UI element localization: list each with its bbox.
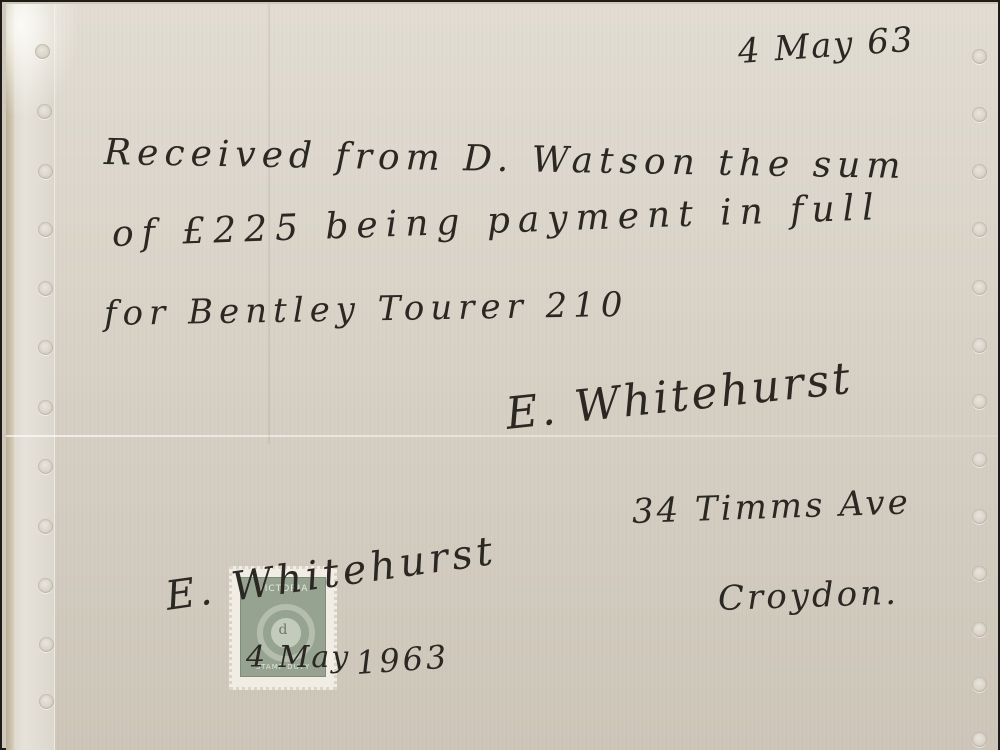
- feed-hole-icon: [972, 677, 987, 692]
- feed-hole-icon: [38, 222, 53, 237]
- stamp-cancel-date-2: 1963: [355, 638, 451, 682]
- photo-frame: 4 May 63 Received from D. Watson the sum…: [0, 0, 1000, 750]
- feed-hole-icon: [38, 281, 53, 296]
- stamp-denomination: d: [241, 622, 325, 638]
- feed-hole-icon: [38, 164, 53, 179]
- feed-hole-icon: [972, 732, 987, 747]
- receipt-body-line-2: of £225 being payment in full: [111, 187, 882, 255]
- feed-hole-icon: [38, 340, 53, 355]
- feed-hole-icon: [972, 622, 987, 637]
- feed-hole-icon: [38, 578, 53, 593]
- address-line-2: Croydon.: [717, 573, 899, 619]
- receipt-body-line-1: Received from D. Watson the sum: [104, 132, 907, 187]
- signature: E. Whitehurst: [503, 353, 855, 440]
- address-line-1: 34 Timms Ave: [631, 482, 911, 532]
- receipt-body-line-3: for Bentley Tourer 210: [104, 285, 629, 334]
- feed-hole-icon: [972, 222, 987, 237]
- feed-hole-icon: [35, 44, 50, 59]
- receipt-paper: 4 May 63 Received from D. Watson the sum…: [6, 4, 998, 750]
- feed-hole-icon: [37, 104, 52, 119]
- feed-hole-icon: [972, 452, 987, 467]
- feed-hole-icon: [972, 164, 987, 179]
- stamp-cancel-date-1: 4 May: [246, 640, 350, 675]
- feed-hole-icon: [972, 566, 987, 581]
- feed-hole-icon: [972, 107, 987, 122]
- receipt-date: 4 May 63: [737, 20, 916, 72]
- feed-hole-icon: [38, 400, 53, 415]
- horizontal-fold-line: [6, 435, 998, 437]
- feed-hole-icon: [39, 694, 54, 709]
- feed-hole-icon: [39, 637, 54, 652]
- feed-hole-icon: [38, 459, 53, 474]
- feed-hole-icon: [38, 519, 53, 534]
- feed-hole-icon: [972, 49, 987, 64]
- paper-edge: [6, 4, 14, 750]
- light-glare: [6, 4, 76, 114]
- feed-hole-icon: [972, 280, 987, 295]
- feed-hole-icon: [972, 394, 987, 409]
- feed-hole-icon: [972, 509, 987, 524]
- feed-hole-icon: [972, 338, 987, 353]
